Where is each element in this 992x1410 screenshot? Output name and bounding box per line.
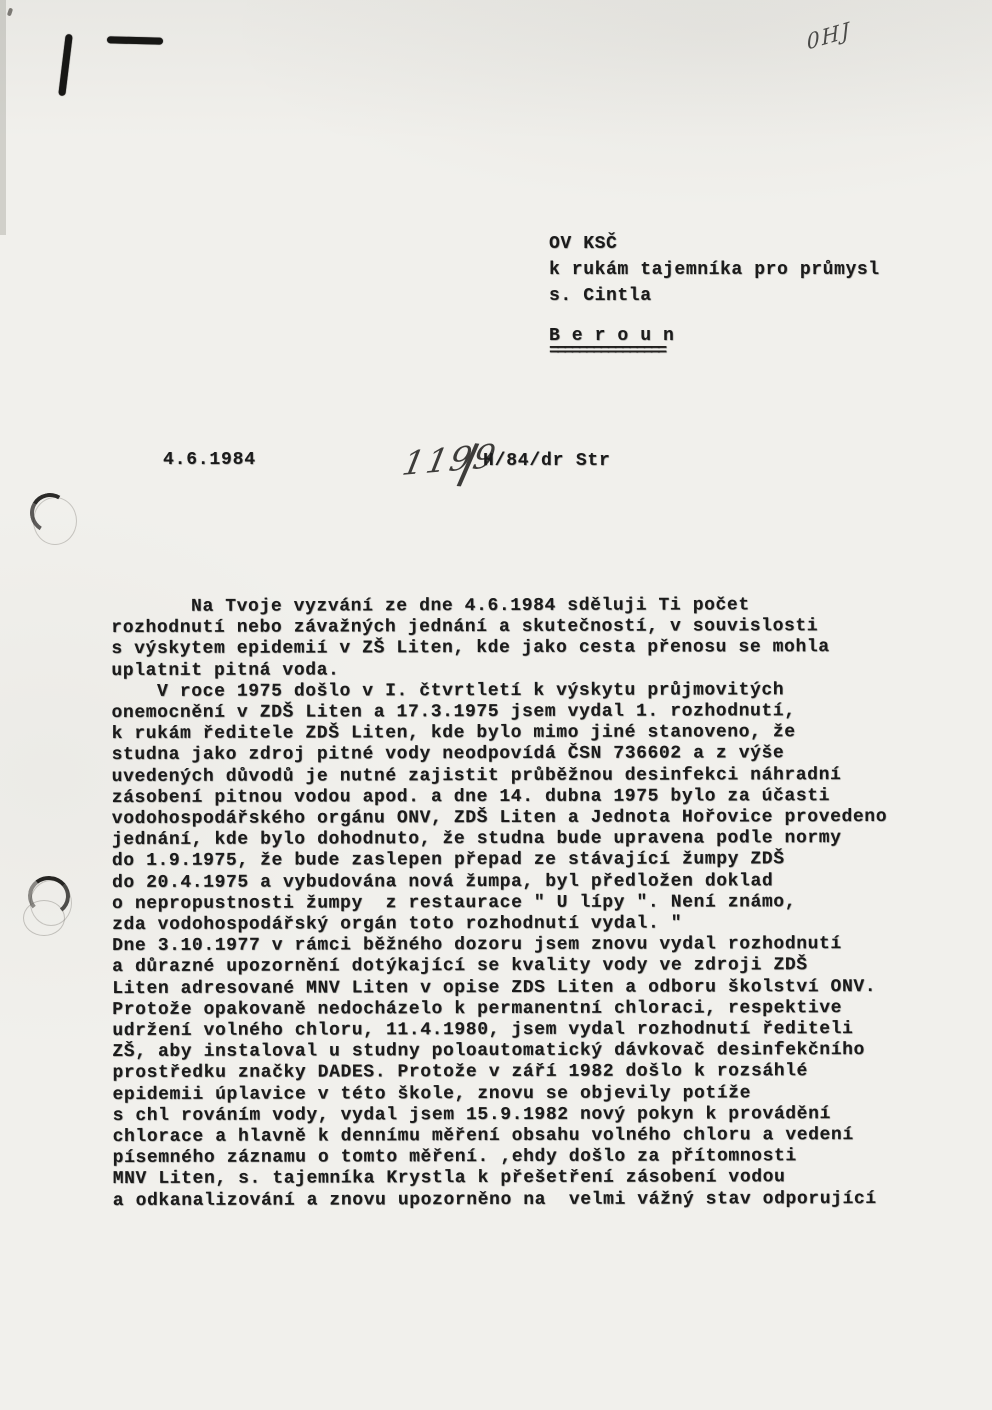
recipient-attention: k rukám tajemníka pro průmysl [549,257,880,283]
pen-mark-horizontal [107,36,163,44]
body-line: jednání, kde bylo dohodnuto, že studna b… [112,828,887,851]
body-line: studna jako zdroj pitné vody neodpovídá … [112,743,887,766]
body-line: Dne 3.10.1977 v rámci běžného dozoru jse… [112,934,887,957]
body-line: s výskytem epidemií v ZŠ Liten, kde jako… [111,637,886,660]
body-line: MNV Liten, s. tajemníka Krystla k přešet… [113,1167,888,1190]
body-line: ZŠ, aby instaloval u studny poloautomati… [112,1040,887,1063]
body-line: Protože opakovaně nedocházelo k permanen… [112,998,887,1021]
letter-date: 4.6.1984 [163,450,256,470]
scanned-letter-page: 0HJ OV KSČ k rukám tajemníka pro průmysl… [0,0,992,1410]
body-line: uplatnit pitná voda. [111,659,886,682]
body-line: rozhodnutí nebo závažných jednání a skut… [111,616,886,639]
body-line: a důrazné upozornění dotýkající se kvali… [112,955,887,978]
body-line: onemocnění v ZDŠ Liten a 17.3.1975 jsem … [111,701,886,724]
scan-edge-artifact [0,0,6,235]
body-line: Liten adresované MNV Liten v opise ZDS L… [112,977,887,1000]
body-line: vodohospodářského orgánu ONV, ZDŠ Liten … [112,807,887,830]
letter-body: Na Tvoje vyzvání ze dne 4.6.1984 sděluji… [111,595,888,1212]
body-line: a odkanalizování a znovu upozorněno na v… [113,1189,888,1212]
recipient-block: OV KSČ k rukám tajemníka pro průmysl s. … [549,231,880,361]
recipient-org: OV KSČ [549,231,880,257]
reference-code: H/84/dr Str [483,451,611,471]
hole-punch-mark-upper [33,497,77,545]
body-line: do 1.9.1975, že bude zaslepen přepad ze … [112,849,887,872]
body-line: chlorace a hlavně k dennímu měření obsah… [113,1125,888,1148]
body-line: písemného záznamu o tomto měření. ,ehdy … [113,1146,888,1169]
recipient-city-underline: ================ [549,342,880,361]
body-line: zda vodohospodářský orgán toto rozhodnut… [112,913,887,936]
body-line: epidemii úplavice v této škole, znovu se… [112,1083,887,1106]
hole-punch-mark-lower [30,880,72,926]
body-line: V roce 1975 došlo v I. čtvrtletí k výsky… [111,680,886,703]
hole-punch-secondary-ring [23,900,65,936]
body-line: k rukám ředitele ZDŠ Liten, kde bylo mim… [112,722,887,745]
body-line: prostředku značky DADES. Protože v září … [112,1061,887,1084]
body-line: uvedených důvodů je nutné zajistit průbě… [112,765,887,788]
body-line: zásobení pitnou vodou apod. a dne 14. du… [112,786,887,809]
body-line: udržení volného chloru, 11.4.1980, jsem … [112,1019,887,1042]
body-line: s chl rováním vody, vydal jsem 15.9.1982… [113,1104,888,1127]
handwritten-initials: 0HJ [806,17,852,54]
body-line: do 20.4.1975 a vybudována nová žumpa, by… [112,871,887,894]
body-line: Na Tvoje vyzvání ze dne 4.6.1984 sděluji… [111,595,886,618]
body-line: o nepropustnosti žumpy z restaurace " U … [112,892,887,915]
recipient-person: s. Cintla [549,283,880,309]
scan-speck-artifact [7,8,13,17]
pen-mark-vertical [58,34,73,96]
